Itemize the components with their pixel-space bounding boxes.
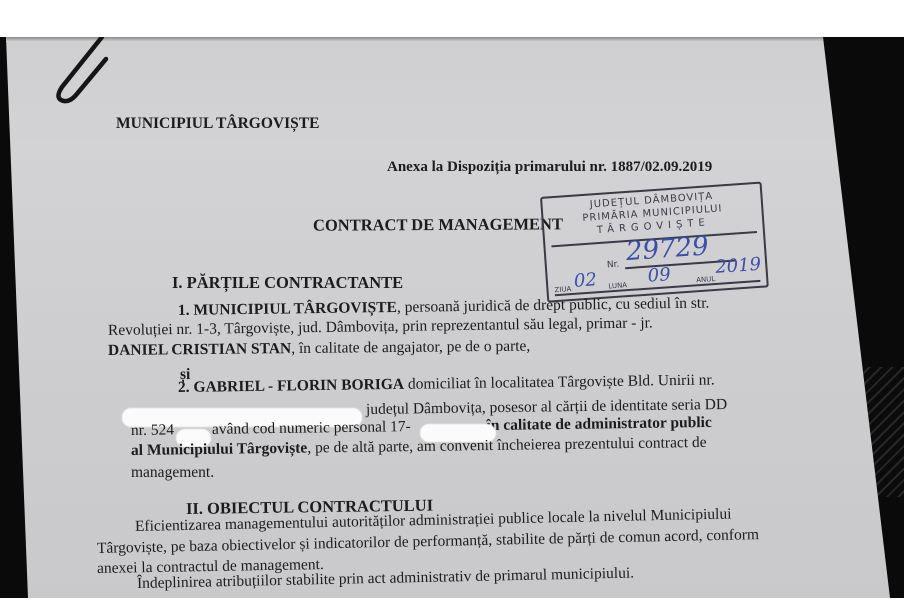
role-administrator: , în calitate de administrator public: [479, 414, 712, 434]
paper-top-edge: [0, 37, 904, 42]
id-number-prefix: nr. 524: [131, 421, 174, 439]
annex-reference: Anexa la Dispoziția primarului nr. 1887/…: [387, 159, 712, 176]
document-title: CONTRACT DE MANAGEMENT: [313, 214, 563, 235]
municipality-bold: al Municipiului Târgoviște: [131, 440, 308, 459]
party-1-desc: , persoană juridică de drept public, cu …: [397, 295, 710, 316]
party-1-name: 1. MUNICIPIUL TÂRGOVIȘTE: [178, 299, 397, 319]
cnp-label: având cod numeric personal 17-: [208, 418, 411, 438]
party-2-name: 2. GABRIEL - FLORIN BORIGA: [178, 376, 404, 396]
party-2-address: domiciliat în localitatea Târgoviște Bld…: [404, 372, 715, 393]
stamp-ziua-value: 02: [573, 269, 597, 292]
document-photo: MUNICIPIUL TÂRGOVIȘTE Anexa la Dispoziți…: [0, 37, 904, 598]
section-1-heading: I. PĂRȚILE CONTRACTANTE: [172, 273, 403, 293]
stamp-anul-value: 2019: [715, 254, 762, 278]
paperclip-icon: [50, 37, 110, 107]
stamp-nr-label: Nr.: [607, 260, 620, 271]
mayor-name: DANIEL CRISTIAN STAN: [108, 340, 291, 359]
header-institution: MUNICIPIUL TÂRGOVIȘTE: [116, 115, 319, 133]
registration-stamp: JUDEȚUL DÂMBOVIȚA PRIMĂRIA MUNICIPIULUI …: [540, 182, 769, 303]
party-1-role: , în calitate de angajator, pe de o part…: [291, 338, 530, 358]
party-2-line-5: management.: [131, 464, 214, 482]
stamp-luna-value: 09: [647, 264, 671, 287]
